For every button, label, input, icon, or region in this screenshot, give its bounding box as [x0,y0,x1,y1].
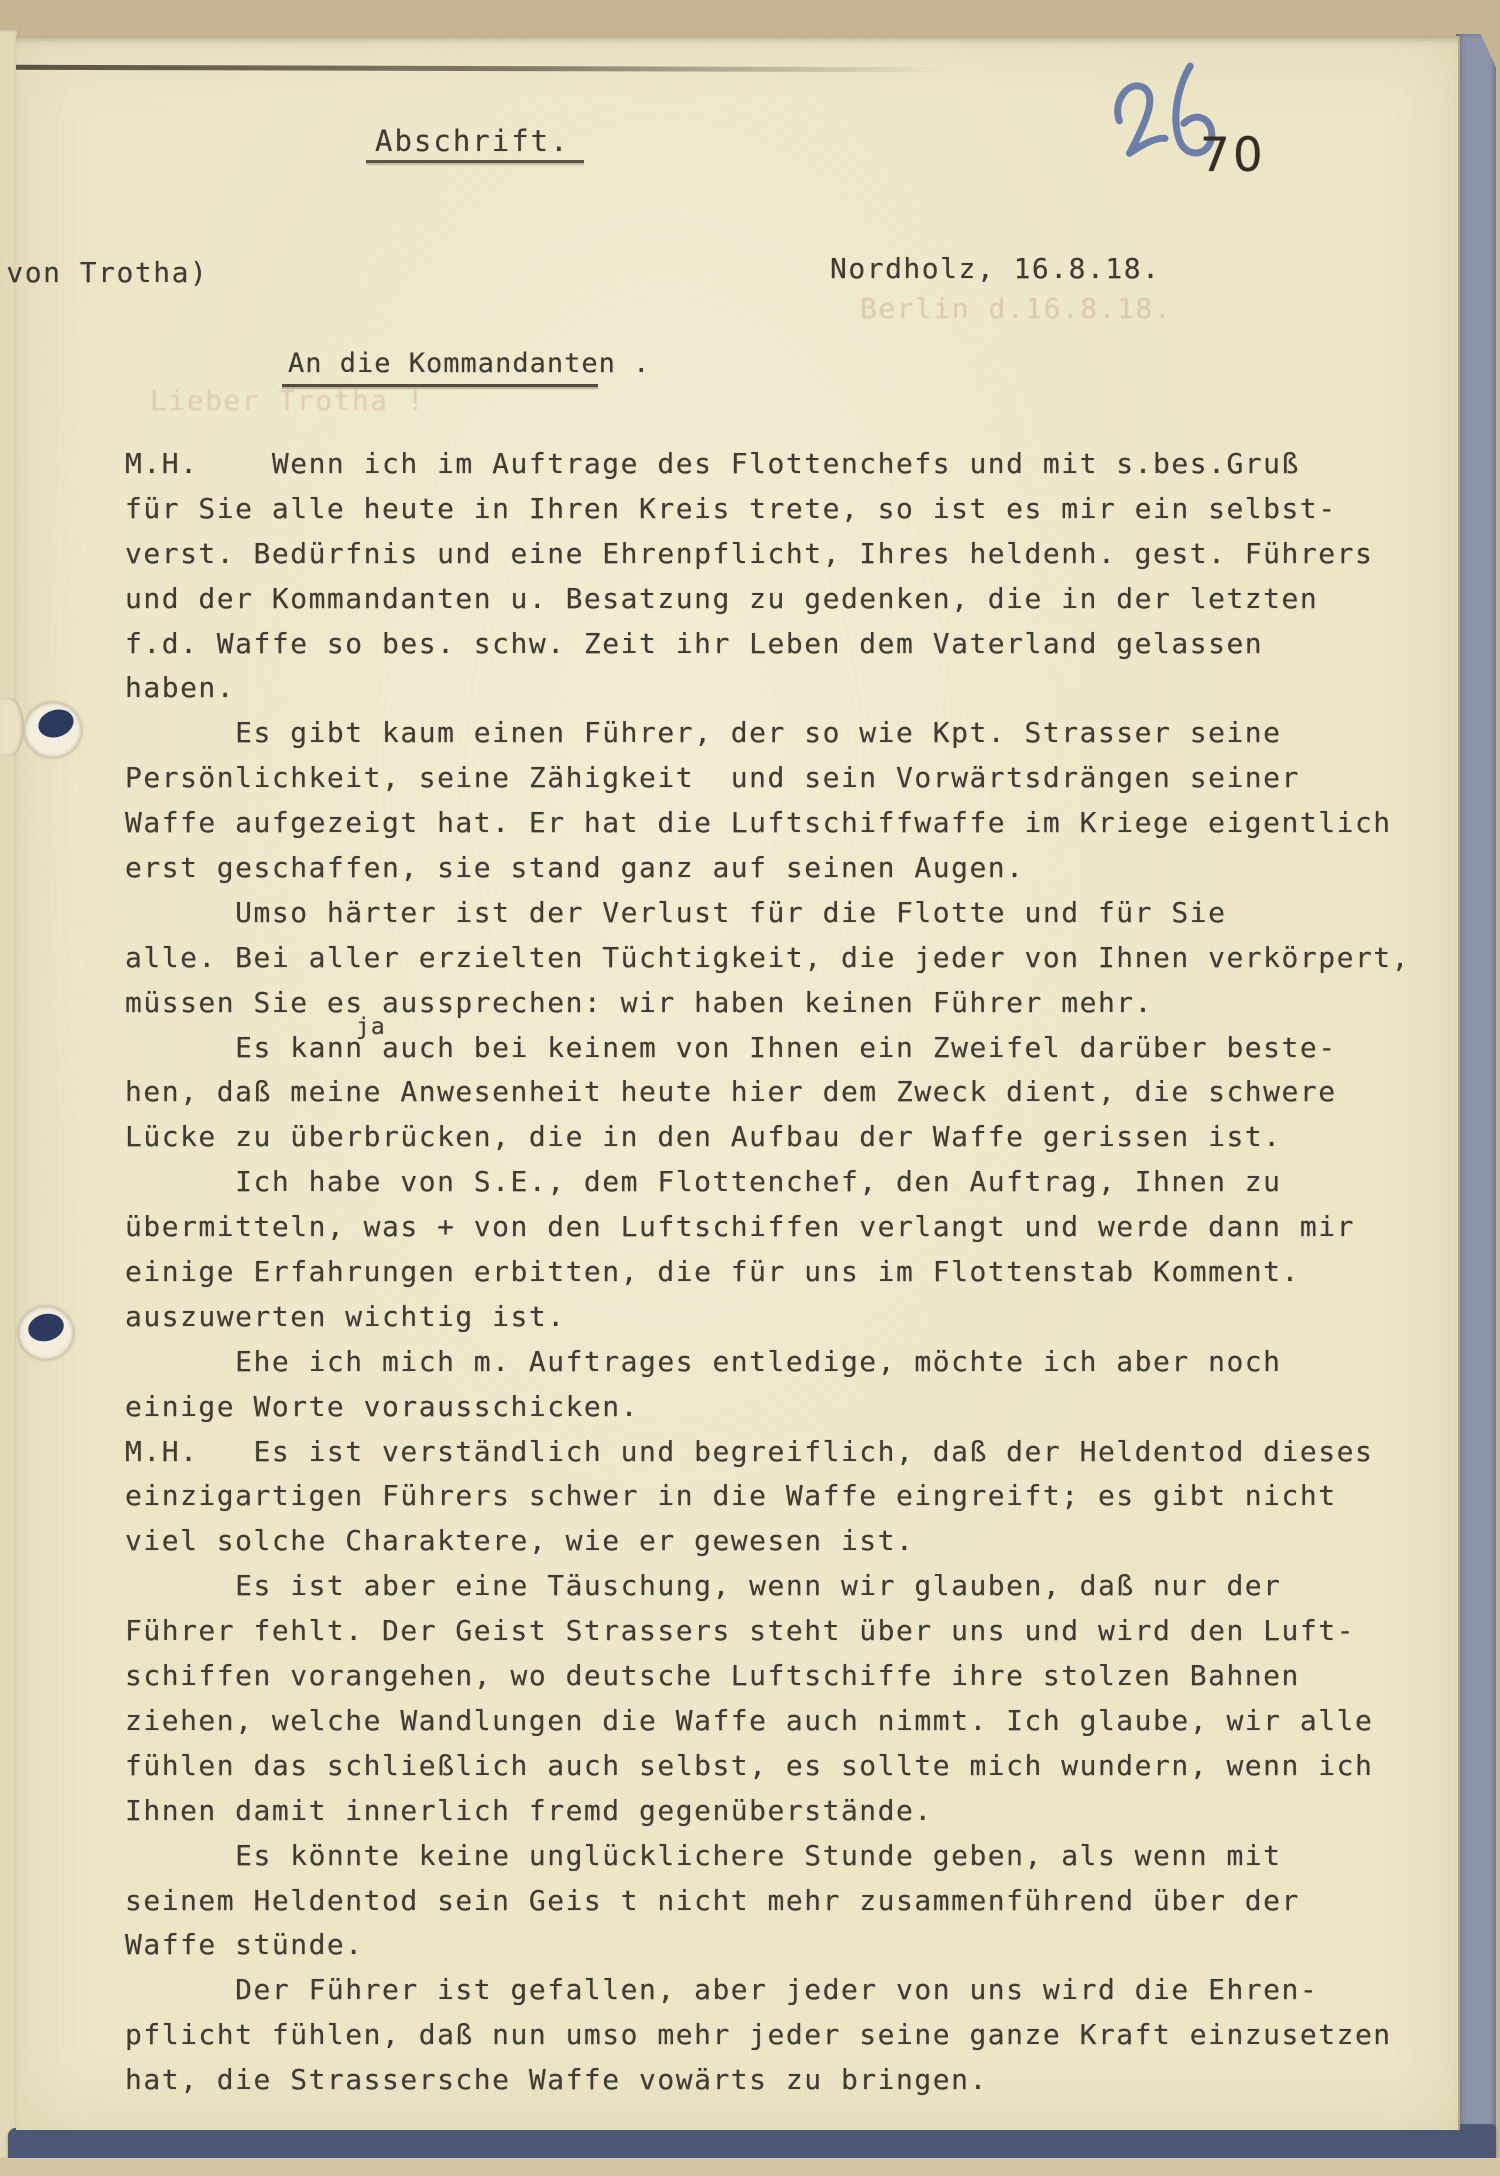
text-line: Ehe ich mich m. Auftrages entledige, möc… [125,1340,1410,1385]
text-line: M.H. Es ist verständlich und begreiflich… [125,1430,1410,1475]
text-line: Ihnen damit innerlich fremd gegenüberstä… [125,1789,1410,1834]
folio-page-number: 70 [1200,128,1266,183]
text-line: Lücke zu überbrücken, die in den Aufbau … [125,1115,1410,1160]
body-text: M.H. Wenn ich im Auftrage des Flottenche… [125,442,1410,2103]
heading-underline [366,160,584,163]
text-line: Der Führer ist gefallen, aber jeder von … [125,1968,1410,2013]
text-line: Es kann auch bei keinem von Ihnen ein Zw… [125,1026,1410,1071]
document-scan: Abschrift. (von Trotha) Nordholz, 16.8.1… [0,0,1500,2176]
text-line: alle. Bei aller erzielten Tüchtigkeit, d… [125,936,1410,981]
text-line: einige Erfahrungen erbitten, die für uns… [125,1250,1410,1295]
text-line: ziehen, welche Wandlungen die Waffe auch… [125,1699,1410,1744]
text-line: verst. Bedürfnis und eine Ehrenpflicht, … [125,532,1410,577]
text-line: Führer fehlt. Der Geist Strassers steht … [125,1609,1410,1654]
bleedthrough-salutation: Lieber Trotha ! [150,384,425,417]
text-line: auszuwerten wichtig ist. [125,1295,1410,1340]
binder-cover-right [1456,34,1496,2130]
text-line: schiffen vorangehen, wo deutsche Luftsch… [125,1654,1410,1699]
text-line: Es ist aber eine Täuschung, wenn wir gla… [125,1564,1410,1609]
text-line: M.H. Wenn ich im Auftrage des Flottenche… [125,442,1410,487]
text-line: und der Kommandanten u. Besatzung zu ged… [125,577,1410,622]
text-line: pflicht fühlen, daß nun umso mehr jeder … [125,2013,1410,2058]
text-line: seinem Heldentod sein Geis t nicht mehr … [125,1879,1410,1924]
text-line: einige Worte vorausschicken. [125,1385,1410,1430]
text-line: Ich habe von S.E., dem Flottenchef, den … [125,1160,1410,1205]
text-line: Waffe aufgezeigt hat. Er hat die Luftsch… [125,801,1410,846]
text-line: haben. [125,666,1410,711]
sender-note: (von Trotha) [0,256,208,289]
text-line: einzigartigen Führers schwer in die Waff… [125,1474,1410,1519]
text-line: hen, daß meine Anwesenheit heute hier de… [125,1070,1410,1115]
background-bottom [0,2158,1500,2176]
inserted-word: ja [356,1014,386,1040]
text-line: Es gibt kaum einen Führer, der so wie Kp… [125,711,1410,756]
text-line: Umso härter ist der Verlust für die Flot… [125,891,1410,936]
text-line: viel solche Charaktere, wie er gewesen i… [125,1519,1410,1564]
bleedthrough-dateline: Berlin d.16.8.18. [860,292,1172,325]
dateline: Nordholz, 16.8.18. [830,252,1160,285]
text-line: erst geschaffen, sie stand ganz auf sein… [125,846,1410,891]
text-line: Waffe stünde. [125,1923,1410,1968]
text-line: übermitteln, was + von den Luftschiffen … [125,1205,1410,1250]
salutation-heading: An die Kommandanten . [288,348,650,379]
text-line: für Sie alle heute in Ihren Kreis trete,… [125,487,1410,532]
salutation-underline [282,384,598,387]
text-line: hat, die Strassersche Waffe vowärts zu b… [125,2058,1410,2103]
document-type-heading: Abschrift. [375,124,570,158]
text-line: müssen Sie es aussprechen: wir haben kei… [125,981,1410,1026]
text-line: Persönlichkeit, seine Zähigkeit und sein… [125,756,1410,801]
page-top-edge [16,65,946,72]
text-line: f.d. Waffe so bes. schw. Zeit ihr Leben … [125,622,1410,667]
text-line: fühlen das schließlich auch selbst, es s… [125,1744,1410,1789]
text-line: Es könnte keine unglücklichere Stunde ge… [125,1834,1410,1879]
